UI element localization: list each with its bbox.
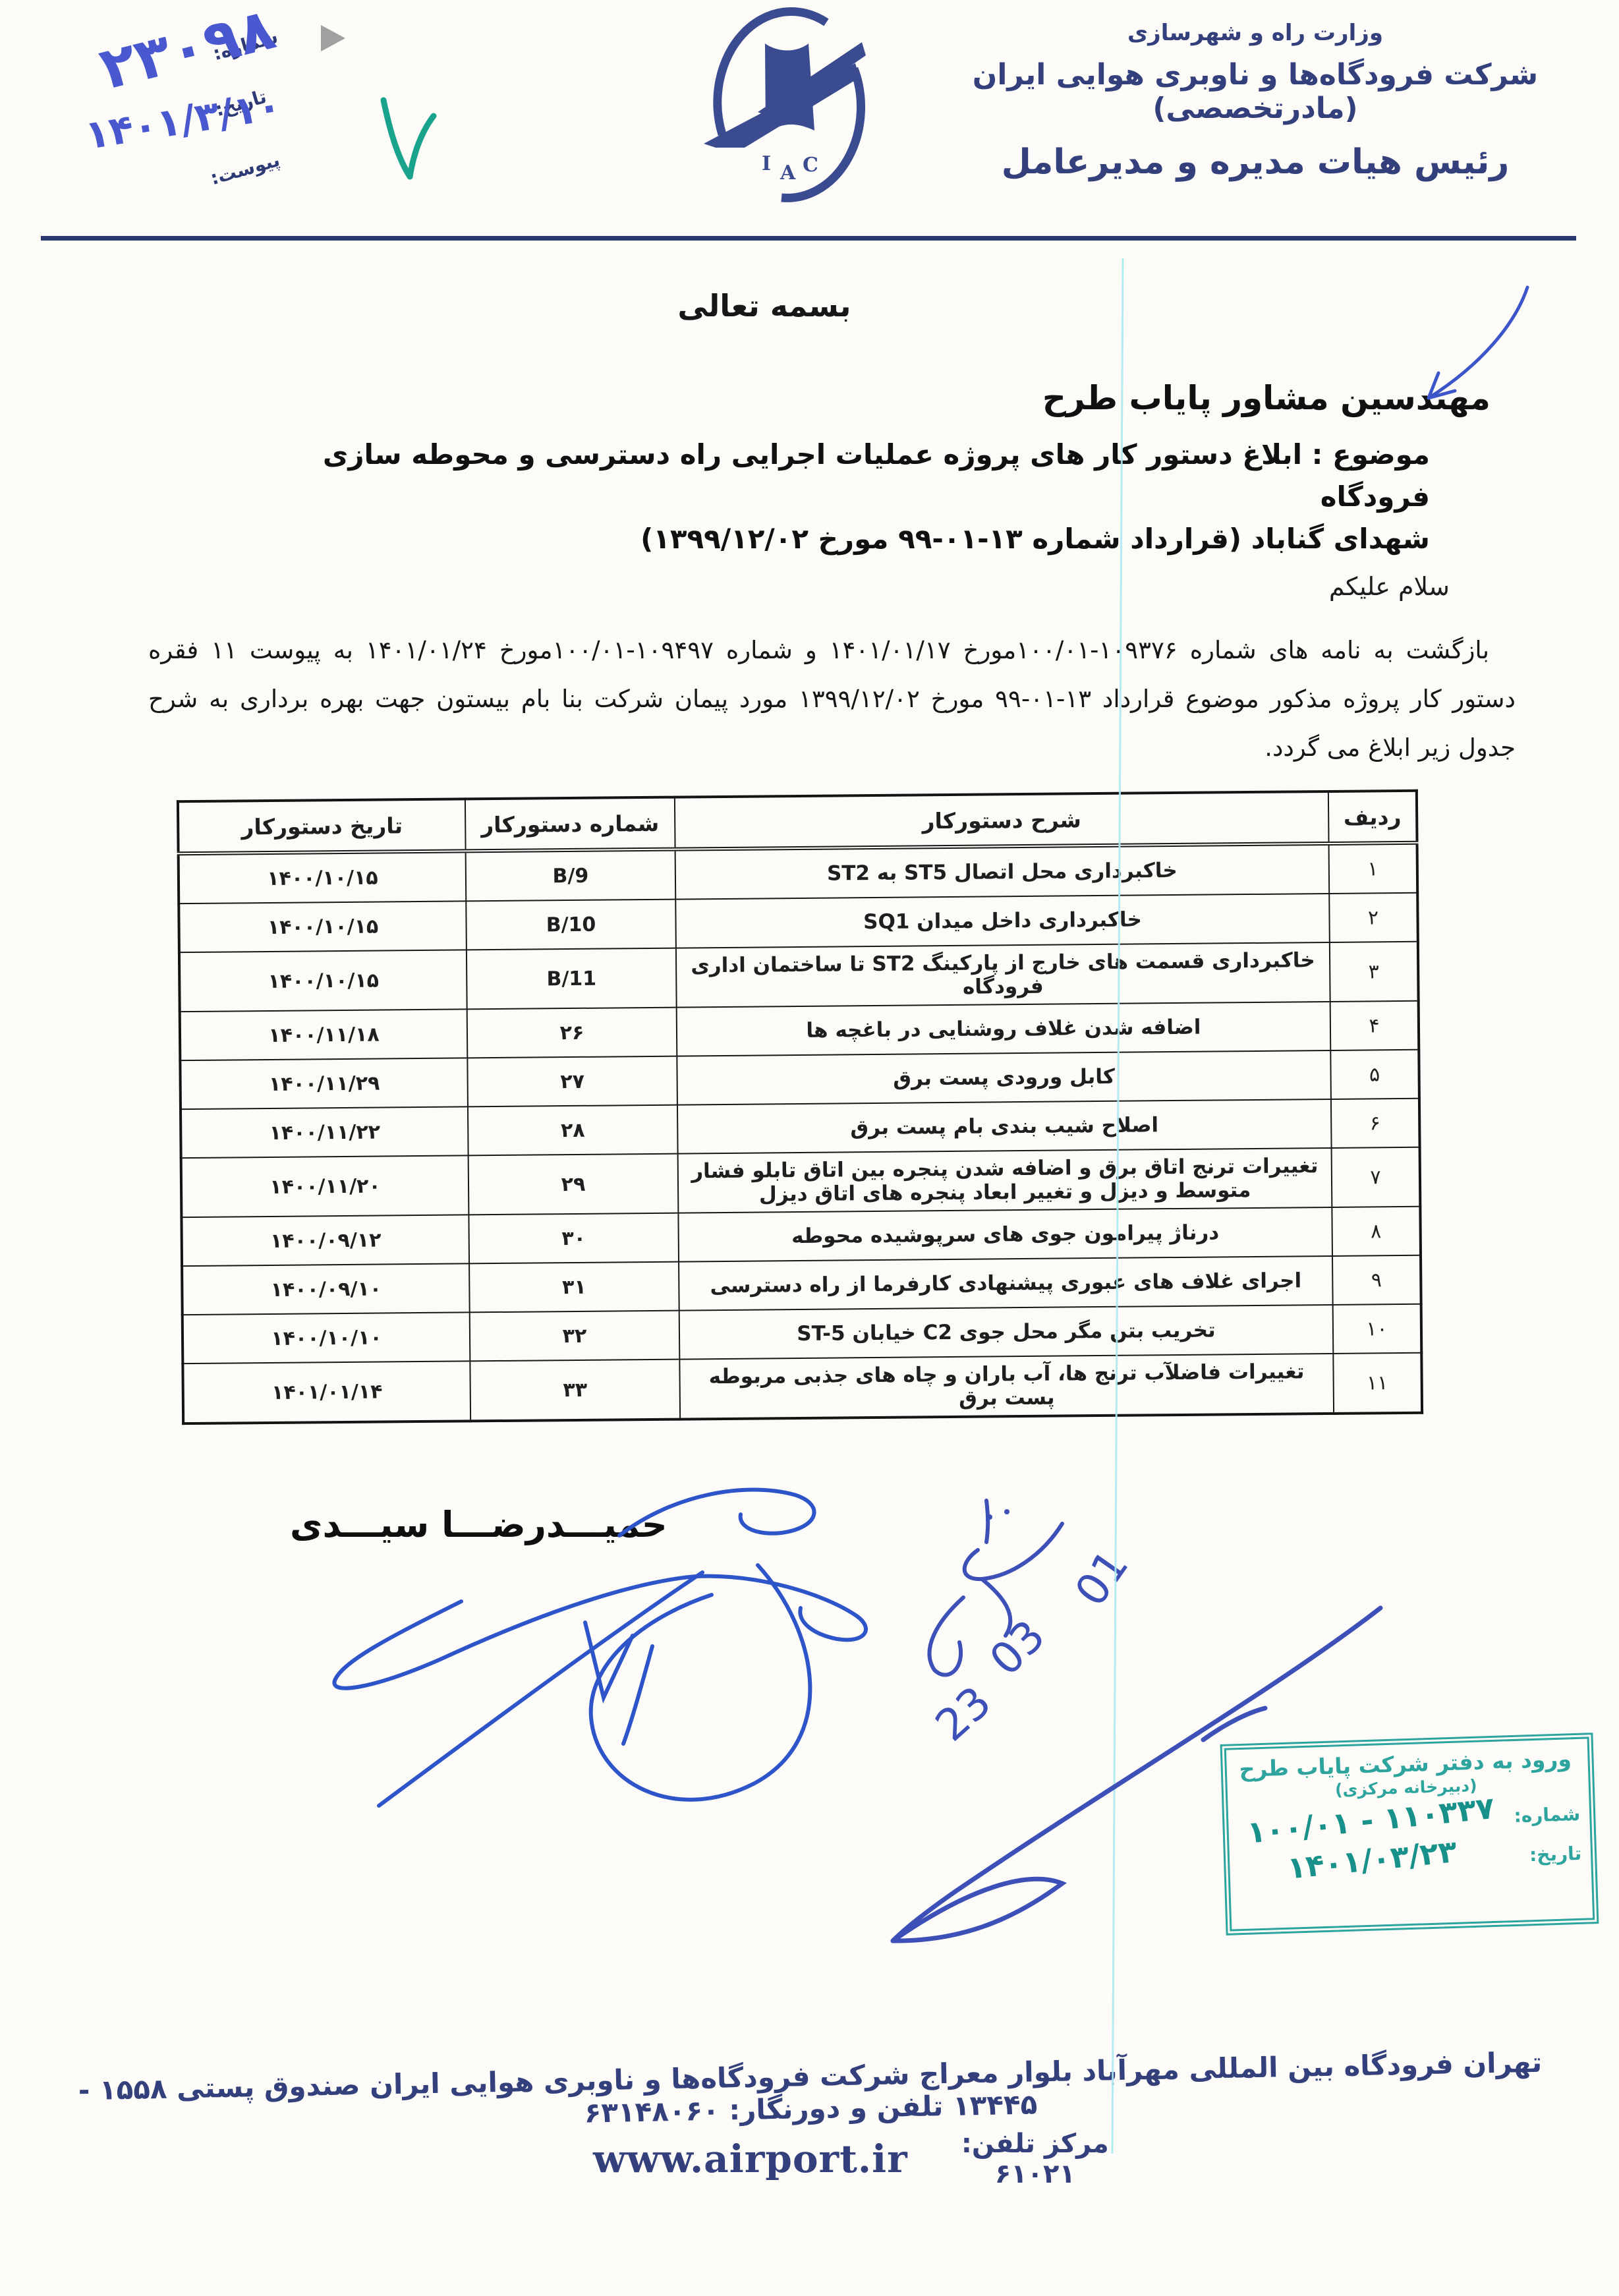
attachment-label: پیوست:: [208, 149, 283, 189]
besmele-heading: بسمه تعالی: [633, 288, 896, 324]
logo-letter-i: I: [762, 152, 771, 175]
row-description: اجرای غلاف های عبوری پیشنهادی کارفرما از…: [679, 1256, 1333, 1311]
row-description: کابل ورودی پست برق: [677, 1050, 1331, 1105]
salutation: سلام علیکم: [1329, 572, 1450, 601]
handwritten-digit-bottom: 23: [926, 1677, 1001, 1751]
row-date: ۱۴۰۰/۰۹/۱۲: [181, 1215, 469, 1266]
table-row: ۱۱تغییرات فاضلآب ترنج ها، آب باران و چاه…: [183, 1353, 1422, 1423]
col-header-number: شماره دستورکار: [465, 797, 675, 851]
footer-phone-center: مرکز تلفن: ۶۱۰۲۱: [917, 2129, 1153, 2189]
signer-name: حمیـــدرضـــا سیـــدی: [290, 1504, 667, 1545]
printer-mark: [321, 25, 345, 51]
row-index: ۲: [1329, 893, 1418, 942]
row-number: ۳۳: [470, 1360, 680, 1421]
table-row: ۳خاکبرداری قسمت های خارج از پارکینگ ST2 …: [179, 942, 1419, 1012]
logo-letter-c: C: [803, 154, 818, 177]
row-date: ۱۴۰۰/۱۰/۱۵: [179, 901, 467, 952]
row-number: B/10: [466, 900, 676, 950]
row-index: ۱: [1329, 843, 1418, 894]
row-date: ۱۴۰۰/۰۹/۱۰: [182, 1263, 470, 1315]
row-description: تغییرات ترنج اتاق برق و اضافه شدن پنجره …: [678, 1148, 1332, 1213]
iac-logo: I A C: [697, 5, 875, 203]
row-index: ۱۱: [1333, 1353, 1422, 1414]
row-number: ۲۷: [467, 1056, 677, 1107]
row-description: خاکبرداری داخل میدان SQ1: [675, 894, 1330, 948]
body-paragraph: بازگشت به نامه های شماره ۱۰۹۳۷۶-۱۰۰/۰۱مو…: [148, 626, 1516, 772]
workorder-table: ردیف شرح دستورکار شماره دستورکار تاریخ د…: [177, 789, 1421, 1425]
subject-line-1: موضوع : ابلاغ دستور کار های پروژه عملیات…: [227, 434, 1430, 518]
workorder-table-body: ۱خاکبرداری محل اتصال ST5 به ST2B/9۱۴۰۰/۱…: [179, 843, 1422, 1423]
handwritten-digit-top: 01: [1065, 1541, 1138, 1615]
row-number: ۲۸: [468, 1105, 678, 1156]
col-header-description: شرح دستورکار: [675, 791, 1329, 849]
letterhead-company: شرکت فرودگاه‌ها و ناوبری هوایی ایران (ما…: [923, 58, 1588, 125]
col-header-date: تاریخ دستورکار: [178, 799, 466, 853]
letterhead-title: رئیس هیات مدیره و مدیرعامل: [923, 142, 1588, 182]
row-date: ۱۴۰۰/۱۰/۱۵: [179, 851, 467, 904]
stamp-date-label: تاریخ:: [1509, 1842, 1582, 1866]
row-number: B/11: [467, 948, 677, 1010]
row-date: ۱۴۰۰/۱۱/۲۰: [181, 1155, 469, 1217]
row-description: خاکبرداری قسمت های خارج از پارکینگ ST2 ت…: [676, 942, 1330, 1008]
row-number: ۲۶: [467, 1008, 677, 1058]
footer-website-link[interactable]: www.airport.ir: [593, 2137, 908, 2181]
receipt-stamp: ورود به دفتر شرکت پایاب طرح (دبیرخانه مر…: [1220, 1733, 1599, 1936]
row-number: ۲۹: [469, 1154, 679, 1215]
row-number: ۳۰: [469, 1213, 679, 1264]
row-date: ۱۴۰۰/۱۱/۲۹: [180, 1058, 468, 1109]
row-number: B/9: [466, 849, 676, 902]
header-divider: [41, 236, 1576, 241]
row-index: ۸: [1332, 1207, 1421, 1256]
letterhead: وزارت راه و شهرسازی شرکت فرودگاه‌ها و نا…: [923, 0, 1588, 182]
row-description: درناژ پیرامون جوی های سرپوشیده محوطه: [678, 1207, 1332, 1262]
row-date: ۱۴۰۰/۱۰/۱۵: [179, 950, 467, 1012]
scanned-letter-page: { "colors": { "navy": "#33407c", "pen_bl…: [0, 0, 1619, 2296]
row-index: ۷: [1332, 1147, 1421, 1207]
row-date: ۱۴۰۰/۱۱/۲۲: [181, 1106, 469, 1158]
row-description: تغییرات فاضلآب ترنج ها، آب باران و چاه ه…: [679, 1354, 1334, 1420]
row-index: ۹: [1332, 1255, 1421, 1305]
letterhead-ministry: وزارت راه و شهرسازی: [923, 20, 1588, 46]
stamp-number-row: شماره: ۱۱۰۳۳۷ - ۱۰۰/۰۱: [1234, 1796, 1581, 1842]
handwritten-digit-mid: 03: [980, 1611, 1055, 1686]
subject-block: موضوع : ابلاغ دستور کار های پروژه عملیات…: [227, 434, 1430, 560]
row-description: اصلاح شیب بندی بام پست برق: [677, 1099, 1332, 1154]
stamp-number-label: شماره:: [1508, 1802, 1581, 1826]
recipient-line: مهندسین مشاور پایاب طرح: [1042, 379, 1491, 417]
col-header-row-index: ردیف: [1328, 791, 1417, 844]
row-description: اضافه شدن غلاف روشنایی در باغچه ها: [677, 1002, 1331, 1056]
row-number: ۳۲: [470, 1311, 680, 1362]
row-description: خاکبرداری محل اتصال ST5 به ST2: [675, 844, 1330, 900]
row-number: ۳۱: [469, 1262, 679, 1313]
row-date: ۱۴۰۰/۱۱/۱۸: [180, 1009, 468, 1060]
table-row: ۷تغییرات ترنج اتاق برق و اضافه شدن پنجره…: [181, 1147, 1421, 1217]
subject-line-2: شهدای گناباد (قرارداد شماره ۱۳-۰۱-۹۹ مور…: [227, 518, 1430, 560]
attachment-checkmark-icon: [383, 100, 434, 177]
footer-address-line: تهران فرودگاه بین المللی مهرآباد بلوار م…: [39, 2046, 1581, 2140]
row-index: ۵: [1330, 1050, 1419, 1099]
footer-phone-line: مرکز تلفن: ۶۱۰۲۱ www.airport.ir: [593, 2129, 1153, 2189]
logo-letter-a: A: [780, 161, 796, 185]
row-date: ۱۴۰۱/۰۱/۱۴: [183, 1361, 470, 1423]
row-description: تخریب بتن مگر محل جوی C2 خیابان ST-5: [679, 1305, 1334, 1360]
row-index: ۴: [1330, 1001, 1419, 1050]
row-date: ۱۴۰۰/۱۰/۱۰: [183, 1312, 470, 1363]
row-index: ۳: [1330, 942, 1419, 1002]
row-index: ۶: [1331, 1099, 1420, 1148]
row-index: ۱۰: [1333, 1304, 1422, 1354]
